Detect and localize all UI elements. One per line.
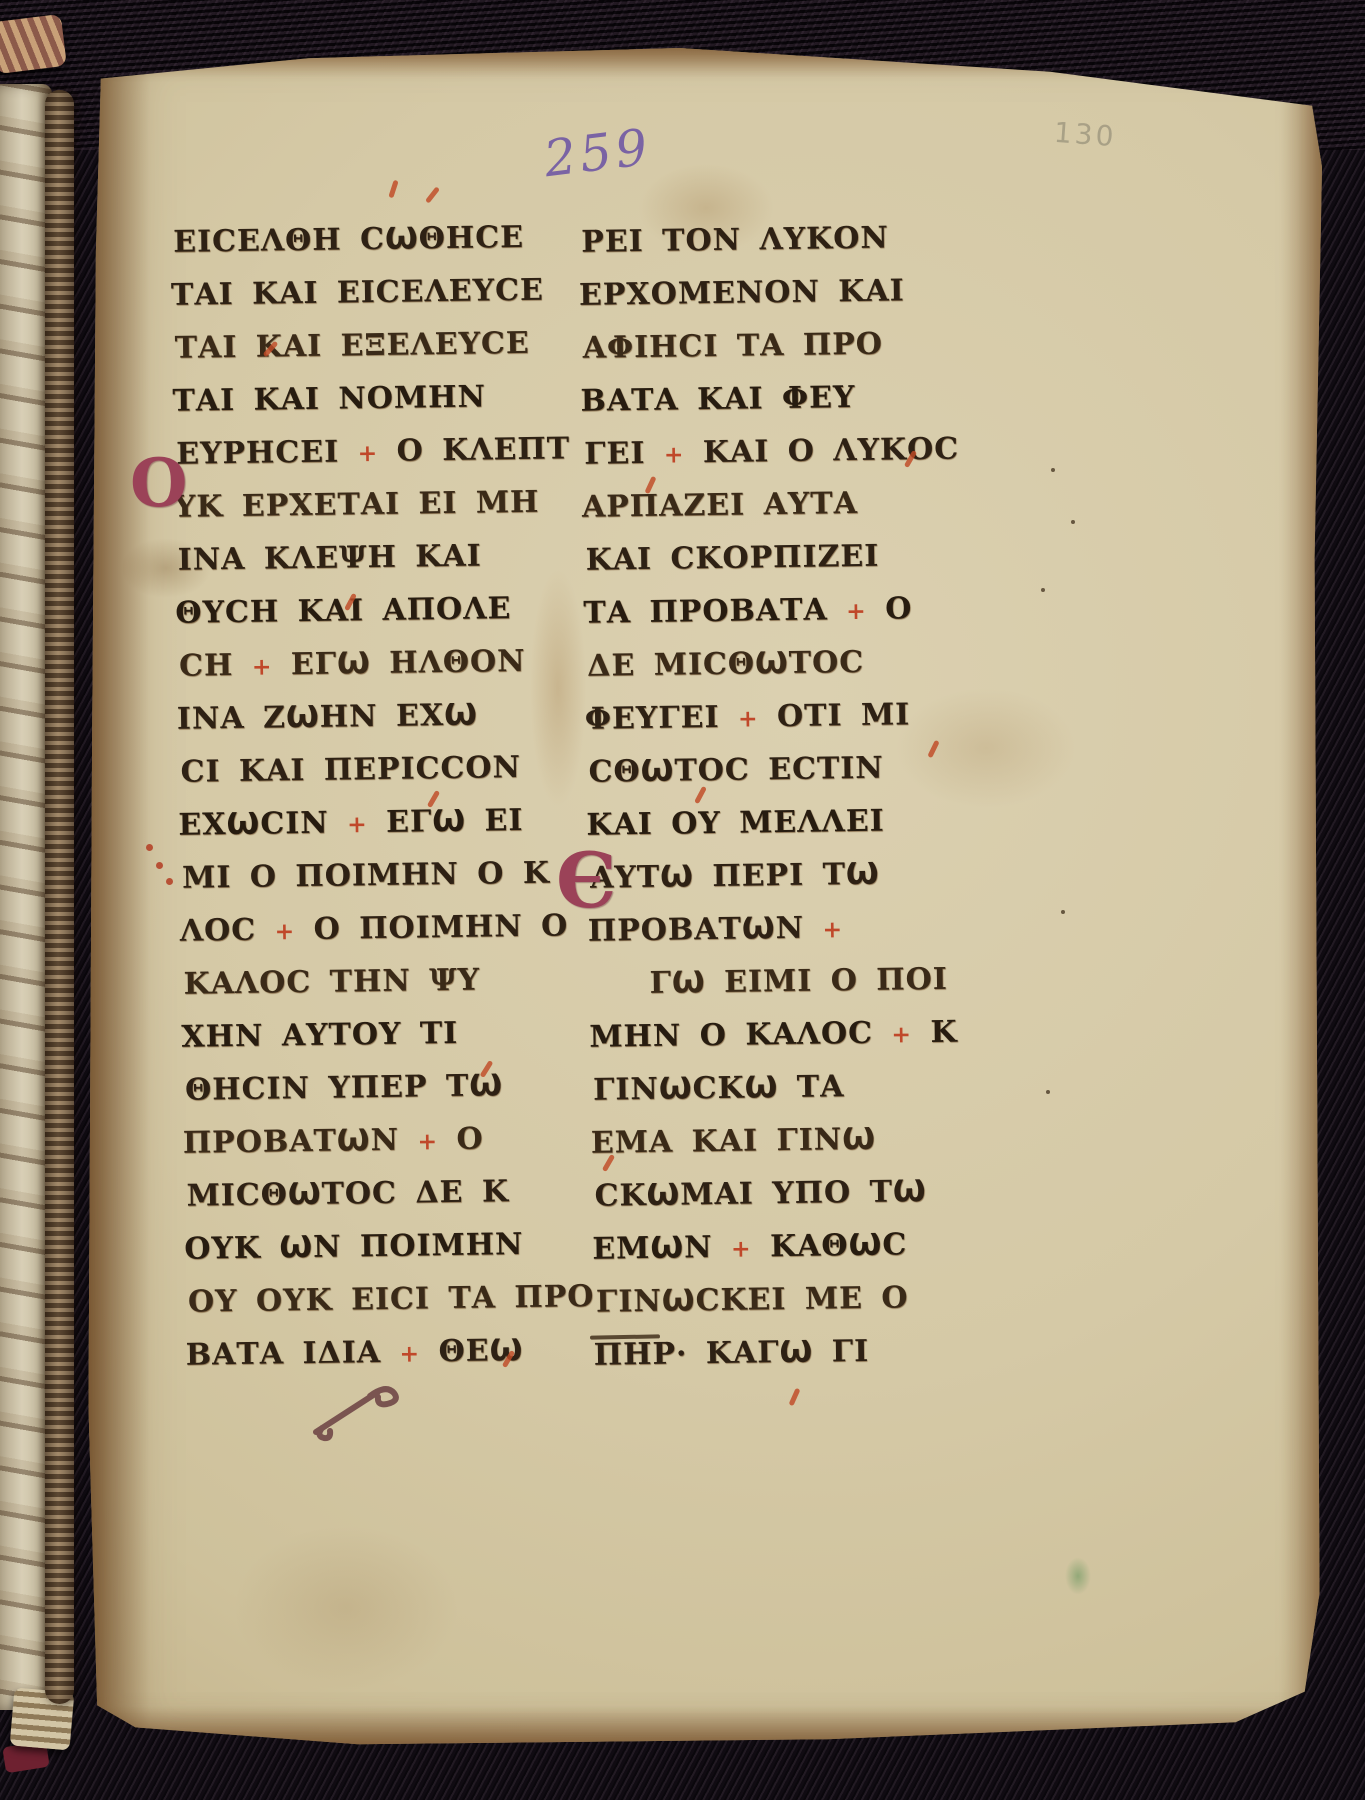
manuscript-line: ΤΑΙ ΚΑΙ ΕΙϹΕΛΕΥϹΕ — [171, 263, 568, 322]
manuscript-line: ΚΑΙ ΟΥ ΜΕΛΛΕΙ — [586, 793, 983, 852]
manuscript-line: ΓΙΝѠϹΚΕΙ ΜΕ Ο — [596, 1270, 993, 1329]
manuscript-line: ϹΘѠΤΟϹ ΕϹΤΙΝ — [588, 740, 985, 799]
manuscript-line: ΡΕΙ ΤΟΝ ΛΥΚΟΝ — [581, 210, 978, 269]
rubric-dot — [146, 844, 153, 851]
manuscript-line: ΜΙ Ο ΠΟΙΜΗΝ Ο Κ — [182, 846, 579, 905]
manuscript-line: ΕΡΧΟΜΕΝΟΝ ΚΑΙ — [579, 263, 976, 322]
rubric-accent — [425, 186, 440, 203]
manuscript-line: ΔΕ ΜΙϹΘѠΤΟϹ — [587, 634, 984, 693]
ink-speck — [1046, 1090, 1050, 1094]
rubric-accent — [789, 1388, 801, 1406]
manuscript-line: ΓΙΝѠϹΚѠ ΤΑ — [593, 1058, 990, 1117]
manuscript-line: ΘΥϹΗ ΚΑΙ ΑΠΟΛΕ — [175, 581, 572, 640]
rubric-accent — [388, 180, 398, 199]
manuscript-line: ΤΑΙ ΚΑΙ ΝΟΜΗΝ — [172, 369, 569, 428]
manuscript-line: ΠΡΟΒΑΤѠΝ + Ο — [182, 1111, 579, 1170]
rubric-dot — [156, 862, 163, 869]
manuscript-line: ΟΥΚ ѠΝ ΠΟΙΜΗΝ — [184, 1217, 581, 1276]
manuscript-line: ϹΚѠΜΑΙ ΥΠΟ ΤѠ — [594, 1164, 991, 1223]
ink-speck — [1041, 588, 1045, 592]
manuscript-line: ΕΜΑ ΚΑΙ ΓΙΝѠ — [590, 1111, 987, 1170]
manuscript-line: ΙΝΑ ΚΛΕΨΗ ΚΑΙ — [177, 528, 574, 587]
manuscript-line: ΕΜѠΝ + ΚΑΘѠϹ — [592, 1217, 989, 1276]
manuscript-line: ϹΙ ΚΑΙ ΠΕΡΙϹϹΟΝ — [180, 740, 577, 799]
manuscript-line: ΥΚ ΕΡΧΕΤΑΙ ΕΙ ΜΗ — [174, 475, 571, 534]
manuscript-line: ΤΑΙ ΚΑΙ ΕΞΕΛΕΥϹΕ — [174, 316, 571, 375]
manuscript-line: ΘΗϹΙΝ ΥΠΕΡ ΤѠ — [185, 1058, 582, 1117]
manuscript-line: ΦΕΥΓΕΙ + ΟΤΙ ΜΙ — [585, 687, 982, 746]
rubricated-initial-omicron: Ο — [130, 444, 188, 522]
manuscript-line: ΜΙϹΘѠΤΟϹ ΔΕ Κ — [186, 1164, 583, 1223]
manuscript-line: ΠΗΡ· ΚΑΓѠ ΓΙ — [593, 1323, 990, 1382]
manuscript-line: ΧΗΝ ΑΥΤΟΥ ΤΙ — [181, 1005, 578, 1064]
folio-number-ink: 259 — [541, 118, 655, 189]
binding-sewing-cord — [45, 90, 74, 1704]
manuscript-line: ΚΑΙ ϹΚΟΡΠΙΖΕΙ — [585, 528, 982, 587]
rubricated-initial-epsilon: Є — [556, 836, 616, 925]
manuscript-line: ΜΗΝ Ο ΚΑΛΟϹ + Κ — [589, 1005, 986, 1064]
manuscript-line: ΑΥΤѠ ΠΕΡΙ ΤѠ — [590, 846, 987, 905]
paraph-flourish — [312, 1366, 422, 1446]
manuscript-line: ϹΗ + ΕΓѠ ΗΛΘΟΝ — [179, 634, 576, 693]
headband-top — [0, 14, 67, 74]
rubric-dot — [166, 878, 173, 885]
manuscript-line: ΒΑΤΑ ΚΑΙ ΦΕΥ — [580, 369, 977, 428]
manuscript-line: ΑΡΠΑΖΕΙ ΑΥΤΑ — [582, 475, 979, 534]
manuscript-line: ΤΑ ΠΡΟΒΑΤΑ + Ο — [583, 581, 980, 640]
manuscript-line: ΟΥ ΟΥΚ ΕΙϹΙ ΤΑ ΠΡΟ — [188, 1270, 585, 1329]
manuscript-line: ΑΦΙΗϹΙ ΤΑ ΠΡΟ — [582, 316, 979, 375]
manuscript-line: ΕΧѠϹΙΝ + ΕΓѠ ΕΙ — [178, 793, 575, 852]
ink-speck — [1071, 520, 1075, 524]
manuscript-line: ΕΥΡΗϹΕΙ + Ο ΚΛΕΠΤ — [176, 422, 573, 481]
text-column-left: ΕΙϹΕΛΘΗ ϹѠΘΗϹΕ ΤΑΙ ΚΑΙ ΕΙϹΕΛΕΥϹΕ ΤΑΙ ΚΑΙ… — [170, 210, 582, 1381]
manuscript-line: ΓѠ ΕΙΜΙ Ο ΠΟΙ — [649, 952, 988, 1010]
ink-speck — [1051, 468, 1055, 472]
ink-speck — [1061, 910, 1065, 914]
text-column-right: ΡΕΙ ΤΟΝ ΛΥΚΟΝ ΕΡΧΟΜΕΝΟΝ ΚΑΙ ΑΦΙΗϹΙ ΤΑ ΠΡ… — [578, 210, 990, 1381]
parchment-page: 259 130 Ο Є ΕΙϹΕΛΘΗ ϹѠΘΗϹΕ ΤΑΙ ΚΑΙ ΕΙϹΕΛ… — [86, 48, 1322, 1746]
manuscript-line: ΓΕΙ + ΚΑΙ Ο ΛΥΚΟϹ — [584, 422, 981, 481]
manuscript-line: ΕΙϹΕΛΘΗ ϹѠΘΗϹΕ — [173, 210, 570, 269]
folio-number-pencil: 130 — [1053, 116, 1118, 153]
manuscript-line: ΙΝΑ ΖѠΗΝ ΕΧѠ — [177, 687, 574, 746]
manuscript-line: ΚΑΛΟϹ ΤΗΝ ΨΥ — [183, 952, 580, 1011]
manuscript-line: ΠΡΟΒΑΤѠΝ + — [587, 899, 984, 958]
manuscript-line: ΛΟϹ + Ο ΠΟΙΜΗΝ Ο — [179, 899, 576, 958]
